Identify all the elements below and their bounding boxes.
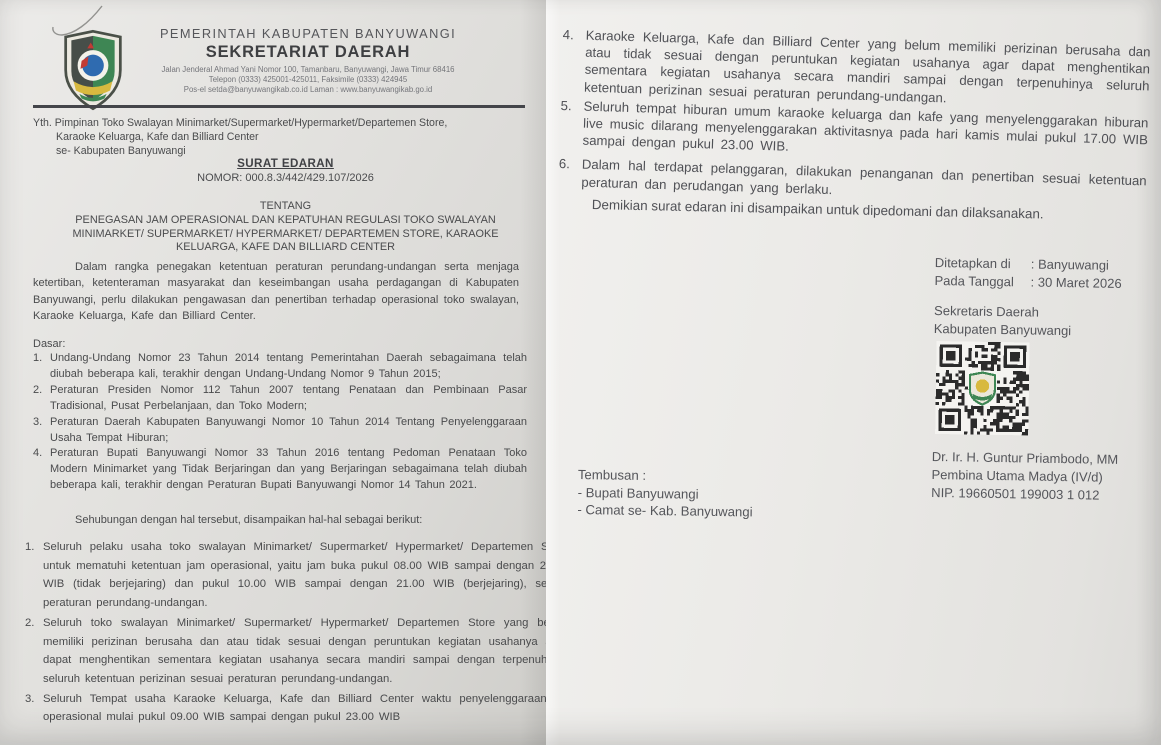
basis-item-text: Peraturan Presiden Nomor 112 Tahun 2007 …	[50, 384, 527, 412]
basis-item: 3. Peraturan Daerah Kabupaten Banyuwangi…	[33, 415, 527, 447]
basis-label: Dasar:	[33, 338, 65, 350]
subject-line-2: MINIMARKET/ SUPERMARKET/ HYPERMARKET/ DE…	[33, 228, 538, 242]
points-list-page-2: 4. Karaoke Keluarga, Kafe dan Billiard C…	[558, 26, 1151, 207]
basis-item-number: 3.	[33, 415, 42, 431]
signer-title-line-2: Kabupaten Banyuwangi	[934, 320, 1159, 341]
document-title: SURAT EDARAN	[33, 157, 538, 170]
point-item-number: 6.	[559, 155, 571, 173]
signature-block: Ditetapkan di : Banyuwangi Pada Tanggal …	[931, 254, 1160, 505]
address-line-2: Telepon (0333) 425001-425011, Faksimile …	[92, 75, 524, 85]
copies-block: Tembusan : - Bupati Banyuwangi - Camat s…	[577, 466, 753, 521]
basis-item-number: 2.	[33, 383, 42, 399]
basis-item: 2. Peraturan Presiden Nomor 112 Tahun 20…	[33, 383, 527, 415]
letterhead: PEMERINTAH KABUPATEN BANYUWANGI SEKRETAR…	[92, 26, 524, 95]
basis-item-number: 1.	[33, 351, 42, 367]
set-date-label: Pada Tanggal	[934, 272, 1030, 291]
recipient-line-2: Karaoke Keluarga, Kafe dan Billiard Cent…	[33, 131, 533, 145]
letter-page-1: PEMERINTAH KABUPATEN BANYUWANGI SEKRETAR…	[0, 0, 546, 745]
points-list-page-1: 1. Seluruh pelaku usaha toko swalayan Mi…	[25, 538, 546, 728]
basis-list: 1. Undang-Undang Nomor 23 Tahun 2014 ten…	[33, 351, 527, 494]
point-item-number: 2.	[25, 614, 34, 633]
basis-item-text: Undang-Undang Nomor 23 Tahun 2014 tentan…	[50, 352, 527, 380]
opening-paragraph: Dalam rangka penegakan ketentuan peratur…	[33, 259, 519, 325]
basis-item-text: Peraturan Daerah Kabupaten Banyuwangi No…	[50, 416, 527, 444]
signature-qr-code	[932, 341, 1032, 436]
point-item-number: 4.	[562, 26, 574, 44]
signer-nip: NIP. 19660501 199003 1 012	[931, 484, 1156, 505]
transition-paragraph: Sehubungan dengan hal tersebut, disampai…	[33, 514, 519, 526]
government-name: PEMERINTAH KABUPATEN BANYUWANGI	[92, 26, 524, 41]
recipient-line-1: Yth. Pimpinan Toko Swalayan Minimarket/S…	[33, 117, 533, 131]
basis-item-text: Peraturan Bupati Banyuwangi Nomor 33 Tah…	[50, 447, 527, 491]
basis-item: 1. Undang-Undang Nomor 23 Tahun 2014 ten…	[33, 351, 527, 383]
agency-name: SEKRETARIAT DAERAH	[92, 43, 524, 62]
point-item-text: Seluruh pelaku usaha toko swalayan Minim…	[43, 541, 546, 609]
subject-line-1: PENEGASAN JAM OPERASIONAL DAN KEPATUHAN …	[33, 214, 538, 228]
copies-item: - Camat se- Kab. Banyuwangi	[577, 501, 752, 521]
about-label: TENTANG	[33, 200, 538, 214]
document-number: NOMOR: 000.8.3/442/429.107/2026	[33, 172, 538, 184]
address-line-1: Jalan Jenderal Ahmad Yani Nomor 100, Tam…	[92, 65, 524, 75]
document-heading: SURAT EDARAN NOMOR: 000.8.3/442/429.107/…	[33, 157, 538, 184]
letter-photo: PEMERINTAH KABUPATEN BANYUWANGI SEKRETAR…	[0, 0, 1161, 745]
point-item-number: 1.	[25, 538, 34, 557]
set-date-value: : 30 Maret 2026	[1030, 273, 1121, 292]
letter-page-2: 4. Karaoke Keluarga, Kafe dan Billiard C…	[546, 0, 1161, 745]
point-item: 1. Seluruh pelaku usaha toko swalayan Mi…	[25, 538, 546, 613]
point-item-number: 5.	[560, 97, 572, 115]
point-item-number: 3.	[25, 690, 34, 709]
subject-line-3: KELUARGA, KAFE DAN BILLIARD CENTER	[33, 241, 538, 255]
address-line-3: Pos-el setda@banyuwangikab.co.id Laman :…	[92, 85, 524, 95]
recipient-block: Yth. Pimpinan Toko Swalayan Minimarket/S…	[33, 117, 533, 158]
basis-item-number: 4.	[33, 446, 42, 462]
set-place-value: : Banyuwangi	[1031, 256, 1109, 275]
copies-label: Tembusan :	[578, 466, 753, 486]
qr-center-crest	[968, 371, 997, 407]
point-item: 2. Seluruh toko swalayan Minimarket/ Sup…	[25, 614, 546, 689]
point-item: 3. Seluruh Tempat usaha Karaoke Keluarga…	[25, 690, 546, 727]
point-item-text: Seluruh Tempat usaha Karaoke Keluarga, K…	[43, 693, 546, 724]
subject-block: TENTANG PENEGASAN JAM OPERASIONAL DAN KE…	[33, 200, 538, 255]
letterhead-rule	[33, 105, 525, 108]
set-place-label: Ditetapkan di	[935, 254, 1031, 273]
point-item-text: Karaoke Keluarga, Kafe dan Billiard Cent…	[584, 28, 1151, 105]
basis-item: 4. Peraturan Bupati Banyuwangi Nomor 33 …	[33, 446, 527, 494]
point-item-text: Seluruh toko swalayan Minimarket/ Superm…	[43, 617, 546, 685]
